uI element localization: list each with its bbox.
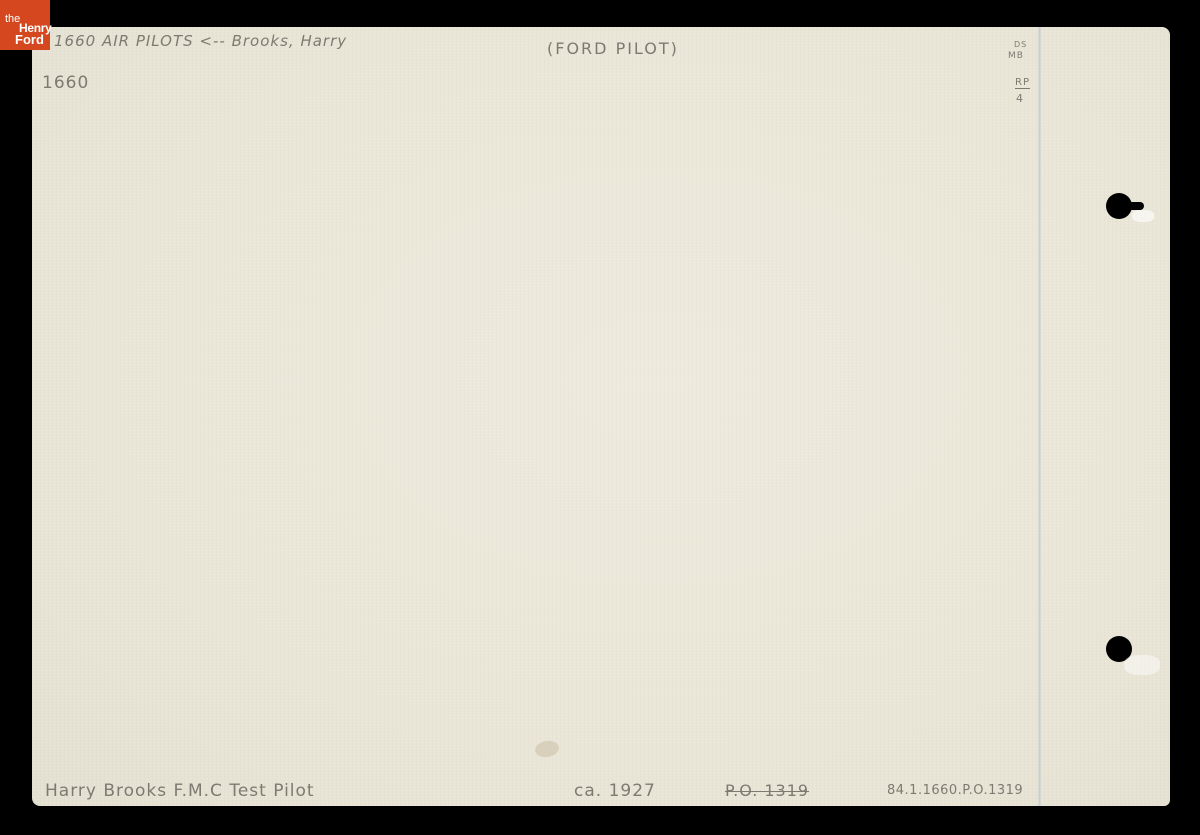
paper-stain (534, 739, 560, 759)
paper-tear-top (1132, 210, 1154, 222)
catalog-number: 1660 (42, 73, 89, 93)
struck-old-number: P.O. 1319 (725, 781, 809, 800)
logo-text-ford: Ford (15, 33, 44, 46)
ford-pilot-note: (FORD PILOT) (547, 39, 679, 58)
date-note: ca. 1927 (574, 781, 656, 801)
logo-text-the: the (5, 14, 20, 25)
corner-mark-4: 4 (1016, 93, 1024, 105)
catalog-heading: 1660 AIR PILOTS <-- Brooks, Harry (54, 32, 347, 50)
paper-tear-bottom (1124, 655, 1160, 675)
photo-card-back: 1660 AIR PILOTS <-- Brooks, Harry (FORD … (32, 27, 1170, 806)
accession-number: 84.1.1660.P.O.1319 (887, 783, 1023, 798)
corner-mark-rp: RP (1015, 77, 1030, 89)
punch-hole-top-tear (1128, 202, 1144, 210)
corner-mark-mb: MB (1008, 51, 1024, 61)
fold-line (1038, 27, 1041, 806)
corner-mark-ds: DS (1014, 40, 1027, 49)
henry-ford-logo: the Henry Ford (0, 0, 50, 50)
caption-note: Harry Brooks F.M.C Test Pilot (45, 781, 315, 801)
